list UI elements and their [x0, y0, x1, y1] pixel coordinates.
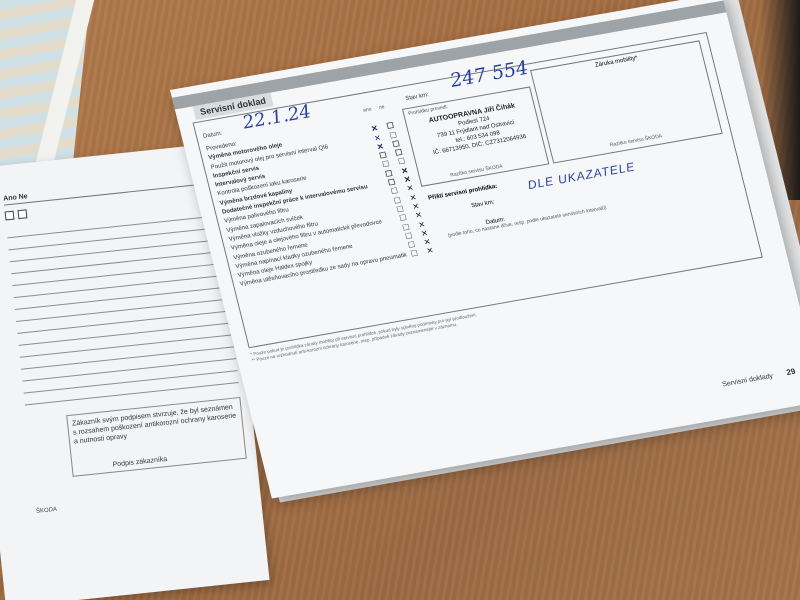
- note-lines: [6, 204, 239, 405]
- checkbox-yes[interactable]: ☐: [378, 152, 388, 161]
- next-km-label: Stav km:: [471, 199, 495, 209]
- checked-no-mark[interactable]: ✕: [403, 176, 413, 185]
- page-footer: Servisní doklady 29: [721, 367, 796, 389]
- checkbox-yes[interactable]: ☐: [398, 214, 408, 223]
- checked-no-mark[interactable]: ✕: [425, 247, 435, 256]
- mobility-guarantee-box: Záruka mobility* Razítko servisu ŠKODA: [530, 40, 723, 163]
- checkbox-yes[interactable]: ☐: [387, 178, 397, 187]
- checkbox-yes[interactable]: ☐: [404, 232, 414, 241]
- checked-yes-mark[interactable]: ✕: [376, 143, 386, 152]
- checkbox-yes[interactable]: ☐: [401, 223, 411, 232]
- checked-no-mark[interactable]: ✕: [411, 202, 421, 211]
- service-stamp-box: Prohlídku provedl: AUTOOPRAVNA Jiří Čihá…: [402, 86, 549, 186]
- checked-yes-mark[interactable]: ✕: [370, 125, 380, 134]
- mobility-title: Záruka mobility*: [532, 44, 701, 79]
- checkbox-yes[interactable]: ☐: [393, 196, 403, 205]
- checkbox-yes[interactable]: ☐: [384, 169, 394, 178]
- checkbox-no[interactable]: [18, 209, 28, 219]
- checked-no-mark[interactable]: ✕: [400, 167, 410, 176]
- checkbox-no[interactable]: ☐: [386, 122, 396, 131]
- checked-yes-mark[interactable]: ✕: [373, 134, 383, 143]
- customer-statement: Zákazník svým podpisem stvrzuje, že byl …: [72, 404, 237, 446]
- checked-no-mark[interactable]: ✕: [423, 238, 433, 247]
- service-items-list: Provedeno:Výměna motorového oleje✕☐Použi…: [205, 111, 438, 290]
- odometer-value[interactable]: 247 554: [448, 57, 531, 92]
- checkbox-yes[interactable]: ☐: [390, 187, 400, 196]
- checkbox-yes[interactable]: [5, 211, 15, 221]
- checkbox-no[interactable]: ☐: [394, 149, 404, 158]
- customer-statement-box: Zákazník svým podpisem stvrzuje, že byl …: [66, 397, 247, 477]
- page-number: 29: [785, 367, 796, 377]
- checked-no-mark[interactable]: ✕: [406, 185, 416, 194]
- customer-signature-label: Podpis zákazníka: [112, 455, 168, 470]
- service-booklet: Ano Ne Zákazník svým podpisem stvrzuje, …: [0, 80, 790, 600]
- odometer-label: Stav km:: [405, 92, 429, 102]
- left-footer: ŠKODA: [36, 507, 58, 515]
- checked-no-mark[interactable]: ✕: [417, 220, 427, 229]
- checkbox-yes[interactable]: ☐: [381, 161, 391, 170]
- checkbox-yes[interactable]: ☐: [395, 205, 405, 214]
- page-section: Servisní doklady: [722, 373, 774, 389]
- checked-no-mark[interactable]: ✕: [408, 193, 418, 202]
- checkbox-no[interactable]: ☐: [391, 140, 401, 149]
- checkbox-no[interactable]: ☐: [397, 158, 407, 167]
- checkbox-yes[interactable]: ☐: [407, 241, 417, 250]
- checkbox-no[interactable]: ☐: [388, 131, 398, 140]
- column-no: ne: [378, 104, 385, 111]
- checked-no-mark[interactable]: ✕: [414, 211, 424, 220]
- column-yes: ano: [363, 106, 373, 113]
- checkbox-yes[interactable]: ☐: [410, 250, 420, 259]
- date-label: Datum:: [203, 131, 224, 140]
- checked-no-mark[interactable]: ✕: [420, 229, 430, 238]
- stamp-footer: Razítko servisu ŠKODA: [450, 163, 504, 178]
